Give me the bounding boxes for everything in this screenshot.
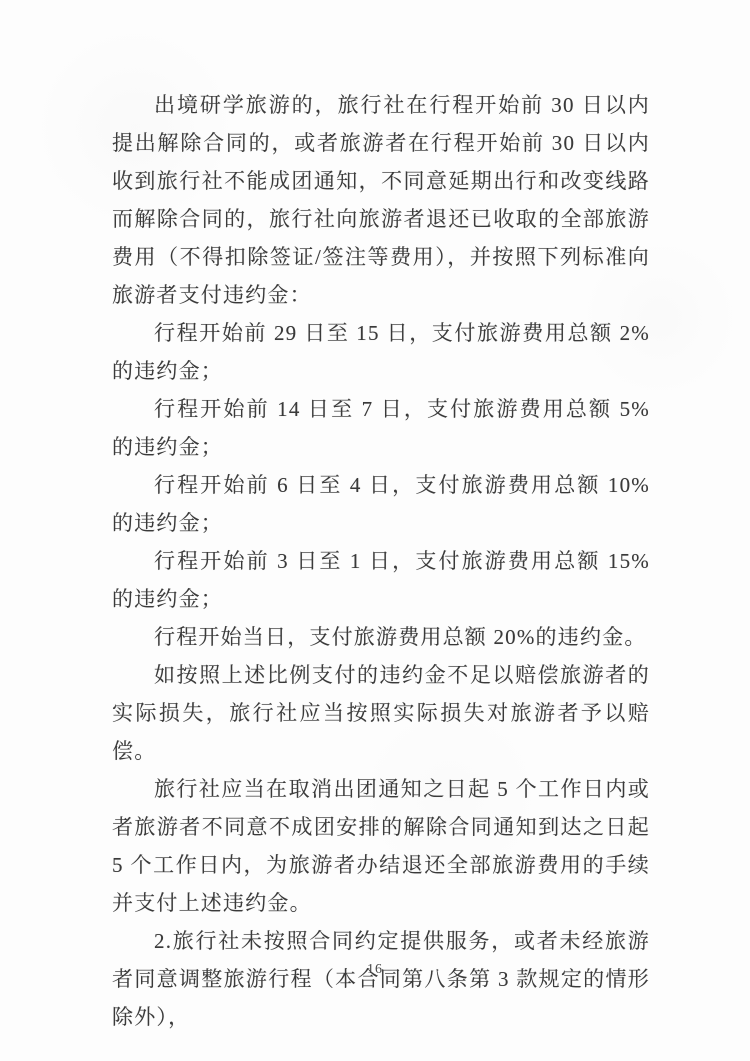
paragraph-cancellation-intro: 出境研学旅游的，旅行社在行程开始前 30 日以内提出解除合同的，或者旅游者在行程… xyxy=(112,86,650,314)
paragraph-penalty-14-7-days: 行程开始前 14 日至 7 日，支付旅游费用总额 5%的违约金； xyxy=(112,390,650,466)
scanned-document-page: 出境研学旅游的，旅行社在行程开始前 30 日以内提出解除合同的，或者旅游者在行程… xyxy=(0,0,750,1061)
paragraph-clause-2: 2.旅行社未按照合同约定提供服务，或者未经旅游者同意调整旅游行程（本合同第八条第… xyxy=(112,922,650,1036)
page-number: 16 xyxy=(0,962,750,978)
paragraph-penalty-departure-day: 行程开始当日，支付旅游费用总额 20%的违约金。 xyxy=(112,618,650,656)
paragraph-penalty-6-4-days: 行程开始前 6 日至 4 日，支付旅游费用总额 10%的违约金； xyxy=(112,466,650,542)
paragraph-penalty-29-15-days: 行程开始前 29 日至 15 日，支付旅游费用总额 2%的违约金； xyxy=(112,314,650,390)
paragraph-refund-deadline: 旅行社应当在取消出团通知之日起 5 个工作日内或者旅游者不同意不成团安排的解除合… xyxy=(112,770,650,922)
paragraph-penalty-3-1-days: 行程开始前 3 日至 1 日，支付旅游费用总额 15%的违约金； xyxy=(112,542,650,618)
document-body: 出境研学旅游的，旅行社在行程开始前 30 日以内提出解除合同的，或者旅游者在行程… xyxy=(112,86,650,1036)
paragraph-compensation-shortfall: 如按照上述比例支付的违约金不足以赔偿旅游者的实际损失，旅行社应当按照实际损失对旅… xyxy=(112,656,650,770)
